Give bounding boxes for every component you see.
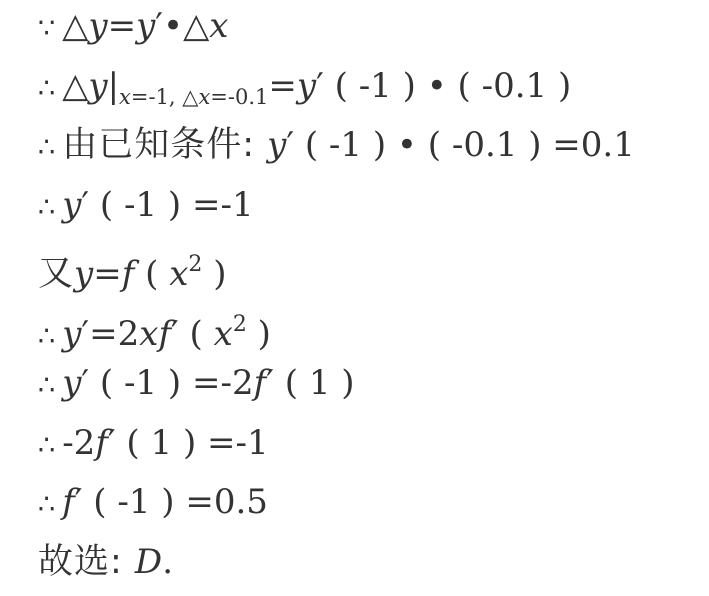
- math-variable: x: [214, 314, 233, 354]
- math-variable: y: [88, 66, 107, 106]
- math-text: =: [93, 254, 122, 294]
- therefore-symbol: ∴: [38, 73, 55, 104]
- therefore-symbol: ∴: [38, 192, 55, 223]
- math-variable: y: [62, 363, 81, 403]
- math-text: ′ ( 1 ): [266, 363, 354, 403]
- chinese-text: 故选:: [38, 542, 135, 582]
- math-variable: y: [297, 66, 316, 106]
- step-5: 又y=f ( x2 ): [38, 235, 701, 295]
- superscript-exponent: 2: [233, 312, 247, 337]
- math-text: ′ ( -1 ) =0.5: [75, 482, 268, 522]
- math-variable: x: [169, 254, 188, 294]
- math-text: ): [202, 254, 226, 294]
- math-text: ′=2: [81, 314, 139, 354]
- step-7: ∴y′ ( -1 ) =-2f′ ( 1 ): [38, 354, 701, 414]
- math-variable: f: [254, 363, 267, 403]
- math-text: ′ ( -1 ) =-2: [81, 363, 253, 403]
- therefore-symbol: ∴: [38, 321, 55, 352]
- math-variable: y: [62, 185, 81, 225]
- solution-steps: ∵△y=y′•△x∴△y|x=-1, △x=-0.1=y′ ( -1 ) • (…: [0, 0, 709, 592]
- math-variable: f: [122, 254, 135, 294]
- math-text: ′•: [155, 6, 183, 46]
- math-text: ): [247, 314, 271, 354]
- math-variable: f: [62, 482, 75, 522]
- step-9: ∴f′ ( -1 ) =0.5: [38, 473, 701, 533]
- math-variable: f: [95, 423, 108, 463]
- superscript-exponent: 2: [188, 252, 202, 277]
- step-1: ∵△y=y′•△x: [38, 0, 701, 57]
- math-text: =: [108, 6, 137, 46]
- subscript-text: =-1,: [131, 85, 182, 109]
- subscript-text: △: [182, 85, 198, 109]
- step-6: ∴y′=2xf′ ( x2 ): [38, 295, 701, 355]
- step-4: ∴y′ ( -1 ) =-1: [38, 176, 701, 236]
- step-2: ∴△y|x=-1, △x=-0.1=y′ ( -1 ) • ( -0.1 ): [38, 57, 701, 117]
- math-text: -2: [62, 423, 95, 463]
- chinese-text: 由已知条件:: [62, 125, 267, 165]
- subscript-text: x: [198, 85, 210, 109]
- math-text: △: [183, 6, 209, 46]
- therefore-symbol: ∴: [38, 132, 55, 163]
- subscript-text: x: [119, 85, 131, 109]
- therefore-symbol: ∴: [38, 370, 55, 401]
- conclusion-line: 故选: D.: [38, 533, 701, 593]
- math-variable: y: [136, 6, 155, 46]
- math-text: ′ ( -1 ) =-1: [81, 185, 253, 225]
- math-variable: y: [267, 125, 286, 165]
- math-text: ′ (: [171, 314, 214, 354]
- math-variable: y: [74, 254, 93, 294]
- chinese-text: 又: [38, 254, 74, 294]
- therefore-symbol: ∴: [38, 489, 55, 520]
- math-text: △: [62, 66, 88, 106]
- because-symbol: ∵: [38, 13, 55, 44]
- math-text: |: [108, 66, 119, 106]
- math-variable: D: [135, 542, 162, 582]
- math-variable: f: [158, 314, 171, 354]
- math-variable: x: [209, 6, 228, 46]
- math-text: =: [268, 66, 297, 106]
- math-text: ′ ( -1 ) • ( -0.1 ) =0.1: [286, 125, 635, 165]
- therefore-symbol: ∴: [38, 430, 55, 461]
- math-text: △: [62, 6, 88, 46]
- math-text: (: [134, 254, 169, 294]
- subscript-text: =-0.1: [210, 85, 268, 109]
- step-8: ∴-2f′ ( 1 ) =-1: [38, 414, 701, 474]
- math-text: ′ ( -1 ) • ( -0.1 ): [316, 66, 571, 106]
- math-text: .: [162, 542, 173, 582]
- math-variable: x: [139, 314, 158, 354]
- math-variable: y: [62, 314, 81, 354]
- math-text: ′ ( 1 ) =-1: [108, 423, 269, 463]
- math-variable: y: [88, 6, 107, 46]
- step-3: ∴由已知条件: y′ ( -1 ) • ( -0.1 ) =0.1: [38, 116, 701, 176]
